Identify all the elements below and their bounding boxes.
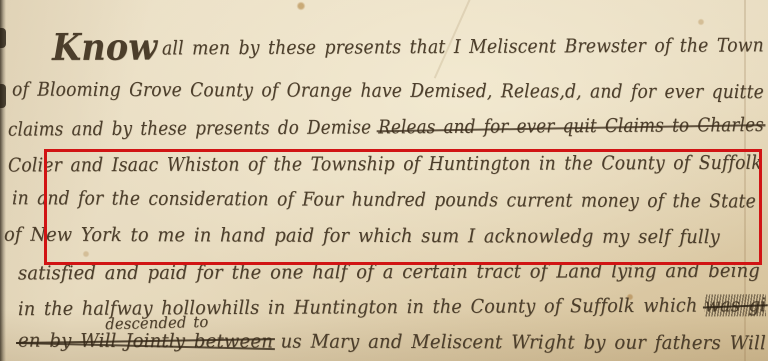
line-text: claims and by these presents do Demise <box>8 116 371 140</box>
text-line-9: descended toen by Will Jointly betweenus… <box>18 330 768 355</box>
manuscript-page: Knowall men by these presents that I Mel… <box>0 0 768 361</box>
red-annotation-box <box>44 149 762 265</box>
text-line-2: of Blooming Grove County of Orange have … <box>12 79 768 104</box>
struck-out-text: Releas and for ever quit Claims to Charl… <box>378 114 764 138</box>
decorated-initial-word: Know <box>52 25 158 70</box>
struck-out-text: en by Will Jointly between <box>18 330 273 353</box>
line-text: all men by these presents that I Melisce… <box>162 34 764 59</box>
line-text: of Blooming Grove County of Orange have … <box>12 79 764 104</box>
text-line-3: claims and by these presents do DemiseRe… <box>8 113 768 140</box>
scan-edge-shadow <box>0 0 6 361</box>
text-line-1: Knowall men by these presents that I Mel… <box>52 34 768 60</box>
line-text: us Mary and Meliscent Wright by our fath… <box>281 331 766 355</box>
edge-tear-mark <box>0 28 6 48</box>
scribbled-out-text: was gi <box>705 294 766 316</box>
edge-tear-mark <box>0 84 6 108</box>
